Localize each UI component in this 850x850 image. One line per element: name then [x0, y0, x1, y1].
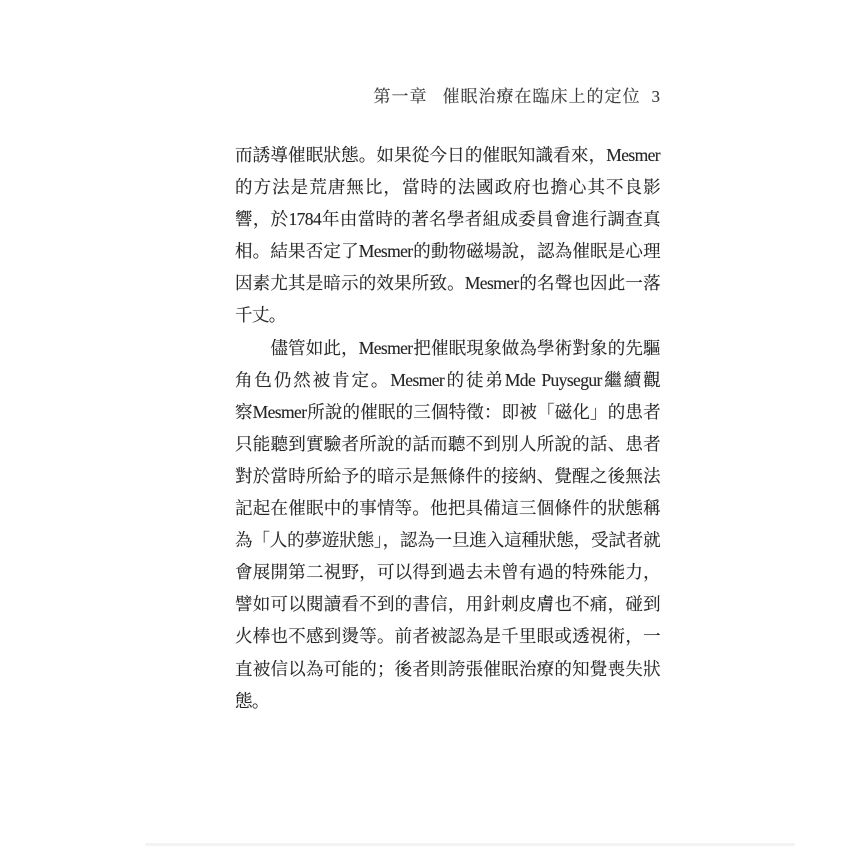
text-line: 火棒也不感到燙等。前者被認為是千里眼或透視術，一	[235, 620, 660, 652]
text-line: 察Mesmer所說的催眠的三個特徵：即被「磁化」的患者	[235, 396, 660, 428]
body-text: 而誘導催眠狀態。如果從今日的催眠知識看來，Mesmer的方法是荒唐無比，當時的法…	[235, 139, 660, 717]
text-line: 記起在催眠中的事情等。他把具備這三個條件的狀態稱	[235, 492, 660, 524]
text-line: 響，於1784年由當時的著名學者組成委員會進行調查真	[235, 203, 660, 235]
text-line: 相。結果否定了Mesmer的動物磁場說，認為催眠是心理	[235, 235, 660, 267]
chapter-title: 催眠治療在臨床上的定位	[443, 87, 641, 106]
text-line: 只能聽到實驗者所說的話而聽不到別人所說的話、患者	[235, 428, 660, 460]
chapter-label: 第一章	[374, 87, 428, 106]
text-line: 直被信以為可能的；後者則誇張催眠治療的知覺喪失狀	[235, 653, 660, 685]
text-line: 角色仍然被肯定。Mesmer的徒弟Mde Puysegur繼續觀	[235, 364, 660, 396]
text-line: 會展開第二視野，可以得到過去未曾有過的特殊能力，	[235, 556, 660, 588]
page-number: 3	[652, 87, 661, 106]
text-line: 對於當時所給予的暗示是無條件的接納、覺醒之後無法	[235, 460, 660, 492]
text-line: 儘管如此，Mesmer把催眠現象做為學術對象的先驅	[235, 332, 660, 364]
text-line: 而誘導催眠狀態。如果從今日的催眠知識看來，Mesmer	[235, 139, 660, 171]
page-edge-shadow	[145, 843, 795, 846]
text-line: 態。	[235, 685, 660, 717]
text-line: 千丈。	[235, 299, 660, 331]
text-line: 譬如可以閱讀看不到的書信，用針刺皮膚也不痛，碰到	[235, 588, 660, 620]
text-line: 因素尤其是暗示的效果所致。Mesmer的名聲也因此一落	[235, 267, 660, 299]
text-line: 為「人的夢遊狀態」，認為一旦進入這種狀態，受試者就	[235, 524, 660, 556]
text-line: 的方法是荒唐無比，當時的法國政府也擔心其不良影	[235, 171, 660, 203]
running-header: 第一章催眠治療在臨床上的定位3	[374, 86, 661, 108]
book-page: 第一章催眠治療在臨床上的定位3 而誘導催眠狀態。如果從今日的催眠知識看來，Mes…	[0, 0, 850, 850]
